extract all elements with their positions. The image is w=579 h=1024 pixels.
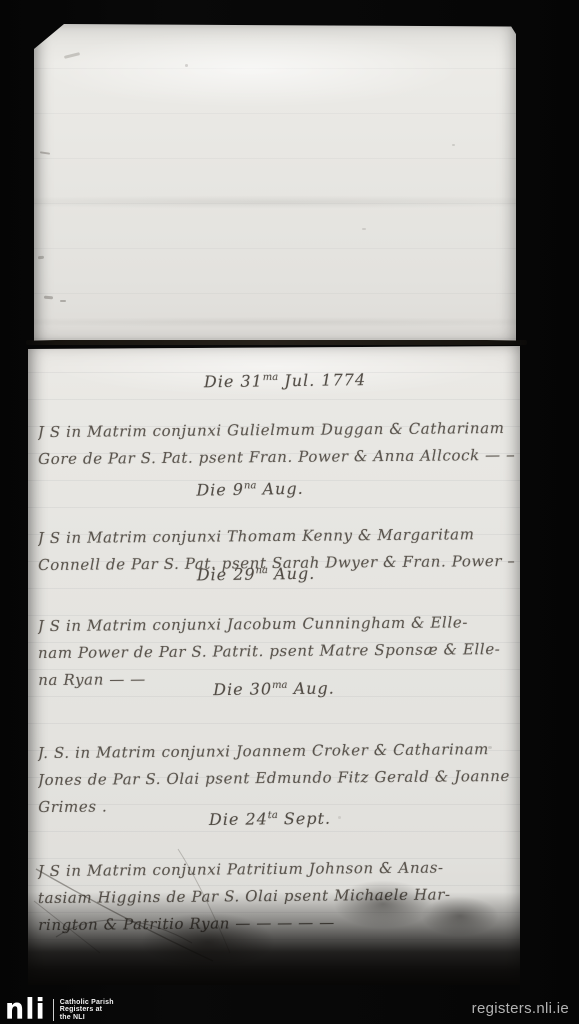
site-url: registers.nli.ie (472, 1000, 569, 1017)
heading-day: Die 31 (204, 371, 263, 391)
page-fold-seam (26, 340, 527, 345)
paper-speck (44, 296, 53, 300)
record-text-line: Gore de Par S. Pat. psent Fran. Power & … (38, 442, 514, 473)
manuscript-page-top (34, 24, 516, 341)
record-date-heading: Die 31ma Jul. 1774 (39, 362, 531, 396)
nli-logo-block: nli Catholic Parish Registers at the NLI (5, 997, 114, 1023)
marriage-record: Die 31ma Jul. 1774 J S in Matrim conjunx… (28, 366, 520, 471)
nli-logo: nli (5, 996, 46, 1023)
heading-ordinal: na (255, 565, 268, 576)
record-date-heading: Die 29na Aug. (10, 556, 502, 590)
heading-day: Die 30 (213, 679, 272, 699)
record-body: J S in Matrim conjunxi Gulielmum Duggan … (28, 415, 520, 473)
logo-divider (53, 999, 54, 1021)
nli-caption-line: the NLI (60, 1014, 114, 1022)
pencil-scribbles (28, 841, 298, 985)
heading-month: Sept. (278, 809, 331, 829)
scan-viewer: Die 31ma Jul. 1774 J S in Matrim conjunx… (0, 0, 579, 1024)
heading-month: Aug. (287, 678, 335, 698)
heading-month: Aug. (268, 564, 316, 584)
heading-month: Aug. (256, 479, 304, 499)
nli-caption: Catholic Parish Registers at the NLI (60, 999, 114, 1022)
paper-speck (338, 816, 341, 819)
paper-speck (60, 300, 66, 302)
marriage-record: Die 30ma Aug. J. S. in Matrim conjunxi J… (28, 674, 520, 819)
record-date-heading: Die 9na Aug. (4, 470, 496, 506)
nli-caption-line: Registers at (60, 1006, 114, 1014)
record-date-heading: Die 30ma Aug. (28, 671, 520, 705)
record-text-line: nam Power de Par S. Patrit. psent Matre … (38, 636, 514, 667)
heading-ordinal: ta (268, 810, 278, 821)
paper-speck (362, 228, 366, 230)
heading-ordinal: ma (272, 680, 288, 691)
record-date-heading: Die 24ta Sept. (24, 801, 516, 833)
record-text-line: Jones de Par S. Olai psent Edmundo Fitz … (38, 763, 514, 794)
heading-ordinal: na (244, 480, 257, 491)
heading-ordinal: ma (263, 372, 279, 383)
manuscript-page-bottom: Die 31ma Jul. 1774 J S in Matrim conjunx… (28, 346, 520, 985)
footer-bar: nli Catholic Parish Registers at the NLI… (0, 990, 579, 1024)
heading-day: Die 29 (197, 565, 256, 585)
heading-day: Die 9 (196, 480, 244, 500)
nli-caption-line: Catholic Parish (60, 999, 114, 1007)
paper-speck (452, 144, 455, 146)
paper-speck (488, 746, 492, 749)
heading-month: Jul. 1774 (278, 370, 366, 390)
heading-day: Die 24 (209, 809, 268, 829)
paper-speck (185, 64, 188, 67)
